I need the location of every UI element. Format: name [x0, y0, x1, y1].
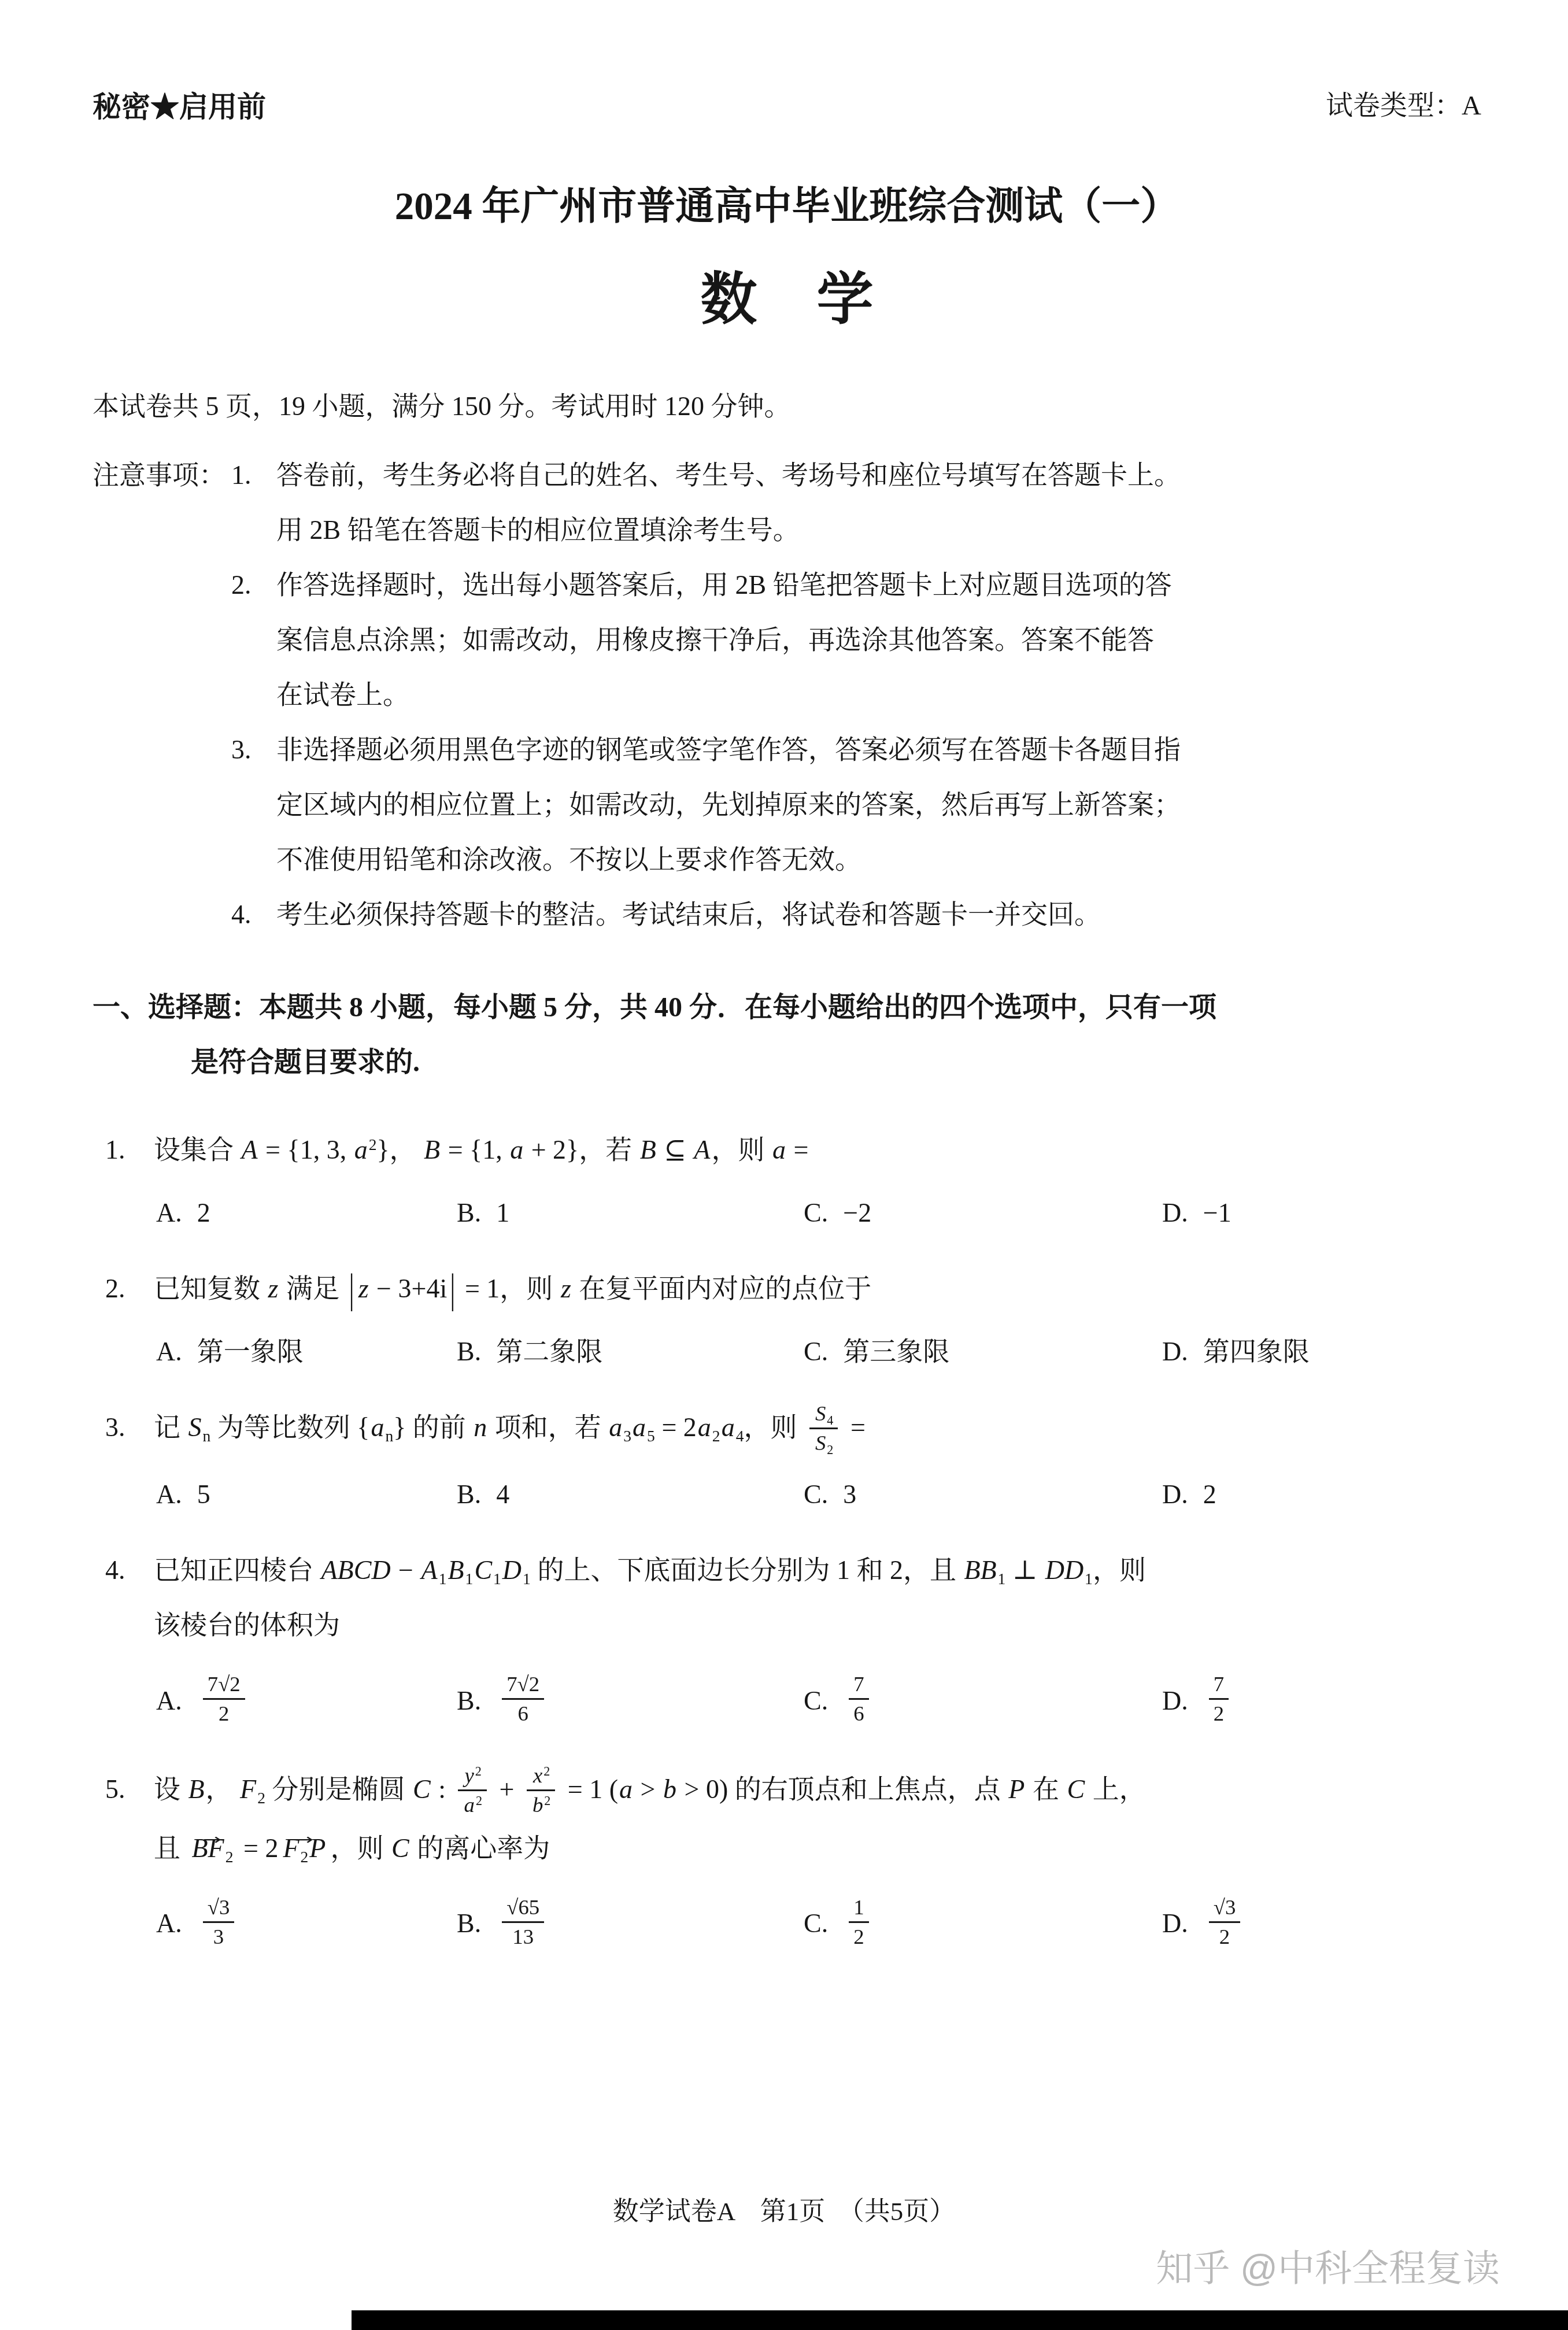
option-label: A.: [156, 1685, 182, 1717]
option-value: 第二象限: [496, 1336, 602, 1367]
question-2: 2. 已知复数 z 满足 |z − 3+4i| = 1，则 z 在复平面内对应的…: [93, 1261, 1481, 1316]
note-line: 非选择题必须用黑色字迹的钢笔或签字笔作答，答案必须写在答题卡各题目指: [276, 722, 1481, 777]
stem-line: 记 Sn 为等比数列 {an} 的前 n 项和，若 a3a5 = 2a2a4，则…: [154, 1400, 1481, 1459]
note-number: 3.: [231, 722, 276, 887]
option-label: C.: [804, 1478, 828, 1510]
note-line: 考生必须保持答题卡的整洁。考试结束后，将试卷和答题卡一并交回。: [276, 887, 1481, 942]
option-label: C.: [804, 1907, 828, 1939]
option-d: D.2: [1162, 1478, 1216, 1510]
option-value: 3: [843, 1478, 856, 1510]
question-number: 3.: [105, 1400, 154, 1459]
stem-line: 设 B， F2 分别是椭圆 C : y2a2 + x2b2 = 1 (a > b…: [154, 1762, 1481, 1821]
option-a: A.√33: [156, 1895, 457, 1952]
section-heading-line2: 是符合题目要求的.: [191, 1035, 1481, 1090]
question-stem: 已知复数 z 满足 |z − 3+4i| = 1，则 z 在复平面内对应的点位于: [154, 1261, 1481, 1316]
notes-body: 1. 答卷前，考生务必将自己的姓名、考生号、考场号和座位号填写在答题卡上。 用 …: [231, 447, 1481, 942]
stem-line: 该棱台的体积为: [154, 1597, 1481, 1652]
option-b: B.7√26: [457, 1672, 804, 1729]
note-line: 案信息点涂黑；如需改动，用橡皮擦干净后，再选涂其他答案。答案不能答: [276, 612, 1481, 667]
option-c: C.12: [804, 1895, 1162, 1952]
option-value: 12: [843, 1895, 874, 1952]
option-value: √33: [197, 1895, 241, 1952]
exam-info-line: 本试卷共 5 页，19 小题，满分 150 分。考试用时 120 分钟。: [93, 385, 1481, 423]
stem-line: 且 BF2 = 2F2P，则 C 的离心率为: [154, 1821, 1481, 1876]
option-d: D.第四象限: [1162, 1336, 1310, 1367]
option-a: A.第一象限: [156, 1336, 457, 1367]
option-label: B.: [457, 1907, 481, 1939]
option-value: 7√22: [197, 1672, 251, 1729]
option-label: C.: [804, 1685, 828, 1717]
note-line: 定区域内的相应位置上；如需改动，先划掉原来的答案，然后再写上新答案；: [276, 777, 1481, 832]
question-number: 5.: [105, 1762, 154, 1876]
option-value: 5: [197, 1478, 210, 1510]
section-heading-line1: 一、选择题：本题共 8 小题，每小题 5 分，共 40 分．在每小题给出的四个选…: [93, 980, 1481, 1035]
question-1: 1. 设集合 A = {1, 3, a2}， B = {1, a + 2}，若 …: [93, 1122, 1481, 1177]
option-label: C.: [804, 1197, 828, 1229]
question-stem: 设 B， F2 分别是椭圆 C : y2a2 + x2b2 = 1 (a > b…: [154, 1762, 1481, 1876]
question-stem: 记 Sn 为等比数列 {an} 的前 n 项和，若 a3a5 = 2a2a4，则…: [154, 1400, 1481, 1459]
option-value: 76: [843, 1672, 874, 1729]
options-row-1: A.2 B.1 C.−2 D.−1: [156, 1197, 1481, 1229]
question-5: 5. 设 B， F2 分别是椭圆 C : y2a2 + x2b2 = 1 (a …: [93, 1762, 1481, 1876]
note-number: 4.: [231, 887, 276, 942]
note-lines: 非选择题必须用黑色字迹的钢笔或签字笔作答，答案必须写在答题卡各题目指 定区域内的…: [276, 722, 1481, 887]
option-value: 第一象限: [197, 1336, 304, 1367]
stem-line: 已知正四棱台 ABCD − A1B1C1D1 的上、下底面边长分别为 1 和 2…: [154, 1543, 1481, 1597]
question-stem: 设集合 A = {1, 3, a2}， B = {1, a + 2}，若 B ⊆…: [154, 1122, 1481, 1177]
option-value: −1: [1203, 1197, 1232, 1229]
options-row-3: A.5 B.4 C.3 D.2: [156, 1478, 1481, 1510]
option-b: B.√6513: [457, 1895, 804, 1952]
option-b: B.1: [457, 1197, 804, 1229]
option-b: B.4: [457, 1478, 804, 1510]
page-content: 秘密★启用前 试卷类型：A 2024 年广州市普通高中毕业班综合测试（一） 数学…: [0, 0, 1568, 1952]
option-d: D.72: [1162, 1672, 1234, 1729]
option-value: 1: [496, 1197, 509, 1229]
options-row-2: A.第一象限 B.第二象限 C.第三象限 D.第四象限: [156, 1336, 1481, 1367]
option-label: A.: [156, 1197, 182, 1229]
option-value: √6513: [496, 1895, 550, 1952]
option-label: D.: [1162, 1478, 1188, 1510]
watermark: 知乎 @中科全程复读: [1156, 2239, 1500, 2292]
secrecy-label: 秘密★启用前: [93, 84, 266, 125]
note-item-4: 4. 考生必须保持答题卡的整洁。考试结束后，将试卷和答题卡一并交回。: [231, 887, 1481, 942]
note-line: 作答选择题时，选出每小题答案后，用 2B 铅笔把答题卡上对应题目选项的答: [276, 557, 1481, 612]
note-lines: 作答选择题时，选出每小题答案后，用 2B 铅笔把答题卡上对应题目选项的答 案信息…: [276, 557, 1481, 722]
page-footer: 数学试卷A 第1页 （共5页）: [0, 2190, 1568, 2228]
options-row-5: A.√33 B.√6513 C.12 D.√32: [156, 1895, 1481, 1952]
options-row-4: A.7√22 B.7√26 C.76 D.72: [156, 1672, 1481, 1729]
section-heading: 一、选择题：本题共 8 小题，每小题 5 分，共 40 分．在每小题给出的四个选…: [93, 980, 1481, 1090]
option-b: B.第二象限: [457, 1336, 804, 1367]
option-c: C.76: [804, 1672, 1162, 1729]
option-a: A.2: [156, 1197, 457, 1229]
option-value: −2: [843, 1197, 871, 1229]
note-number: 1.: [231, 447, 276, 557]
exam-paper-page: 秘密★启用前 试卷类型：A 2024 年广州市普通高中毕业班综合测试（一） 数学…: [0, 0, 1568, 2330]
option-a: A.5: [156, 1478, 457, 1510]
stem-line: 已知复数 z 满足 |z − 3+4i| = 1，则 z 在复平面内对应的点位于: [154, 1261, 1481, 1316]
option-value: 2: [197, 1197, 210, 1229]
page-header: 秘密★启用前 试卷类型：A: [93, 84, 1481, 125]
option-a: A.7√22: [156, 1672, 457, 1729]
option-value: 4: [496, 1478, 509, 1510]
option-label: B.: [457, 1685, 481, 1717]
option-label: B.: [457, 1197, 481, 1229]
option-label: A.: [156, 1478, 182, 1510]
option-label: B.: [457, 1336, 481, 1367]
option-value: 第三象限: [843, 1336, 949, 1367]
paper-type-label: 试卷类型：A: [1326, 84, 1481, 123]
note-item-1: 1. 答卷前，考生务必将自己的姓名、考生号、考场号和座位号填写在答题卡上。 用 …: [231, 447, 1481, 557]
option-c: C.第三象限: [804, 1336, 1162, 1367]
option-label: D.: [1162, 1685, 1188, 1717]
option-label: A.: [156, 1907, 182, 1939]
option-label: A.: [156, 1336, 182, 1367]
option-value: 第四象限: [1203, 1336, 1310, 1367]
option-value: √32: [1203, 1895, 1247, 1952]
note-number: 2.: [231, 557, 276, 722]
note-item-3: 3. 非选择题必须用黑色字迹的钢笔或签字笔作答，答案必须写在答题卡各题目指 定区…: [231, 722, 1481, 887]
question-number: 4.: [105, 1543, 154, 1652]
note-line: 答卷前，考生务必将自己的姓名、考生号、考场号和座位号填写在答题卡上。: [276, 447, 1481, 502]
note-line: 用 2B 铅笔在答题卡的相应位置填涂考生号。: [276, 502, 1481, 557]
option-d: D.√32: [1162, 1895, 1246, 1952]
option-c: C.3: [804, 1478, 1162, 1510]
option-value: 7√26: [496, 1672, 550, 1729]
option-c: C.−2: [804, 1197, 1162, 1229]
option-value: 72: [1203, 1672, 1234, 1729]
option-label: B.: [457, 1478, 481, 1510]
question-4: 4. 已知正四棱台 ABCD − A1B1C1D1 的上、下底面边长分别为 1 …: [93, 1543, 1481, 1652]
option-value: 2: [1203, 1478, 1216, 1510]
note-lines: 考生必须保持答题卡的整洁。考试结束后，将试卷和答题卡一并交回。: [276, 887, 1481, 942]
option-label: C.: [804, 1336, 828, 1367]
note-lines: 答卷前，考生务必将自己的姓名、考生号、考场号和座位号填写在答题卡上。 用 2B …: [276, 447, 1481, 557]
option-d: D.−1: [1162, 1197, 1232, 1229]
question-3: 3. 记 Sn 为等比数列 {an} 的前 n 项和，若 a3a5 = 2a2a…: [93, 1400, 1481, 1459]
exam-title: 2024 年广州市普通高中毕业班综合测试（一）: [93, 175, 1481, 231]
question-number: 1.: [105, 1122, 154, 1177]
scan-edge-artifact: [352, 2310, 1568, 2330]
note-line: 在试卷上。: [276, 667, 1481, 722]
option-label: D.: [1162, 1907, 1188, 1939]
option-label: D.: [1162, 1197, 1188, 1229]
question-stem: 已知正四棱台 ABCD − A1B1C1D1 的上、下底面边长分别为 1 和 2…: [154, 1543, 1481, 1652]
question-number: 2.: [105, 1261, 154, 1316]
notes-label: 注意事项：: [93, 447, 231, 942]
notes-block: 注意事项： 1. 答卷前，考生务必将自己的姓名、考生号、考场号和座位号填写在答题…: [93, 447, 1481, 942]
subject-title: 数学: [93, 254, 1481, 335]
stem-line: 设集合 A = {1, 3, a2}， B = {1, a + 2}，若 B ⊆…: [154, 1122, 1481, 1177]
option-label: D.: [1162, 1336, 1188, 1367]
note-item-2: 2. 作答选择题时，选出每小题答案后，用 2B 铅笔把答题卡上对应题目选项的答 …: [231, 557, 1481, 722]
note-line: 不准使用铅笔和涂改液。不按以上要求作答无效。: [276, 832, 1481, 887]
